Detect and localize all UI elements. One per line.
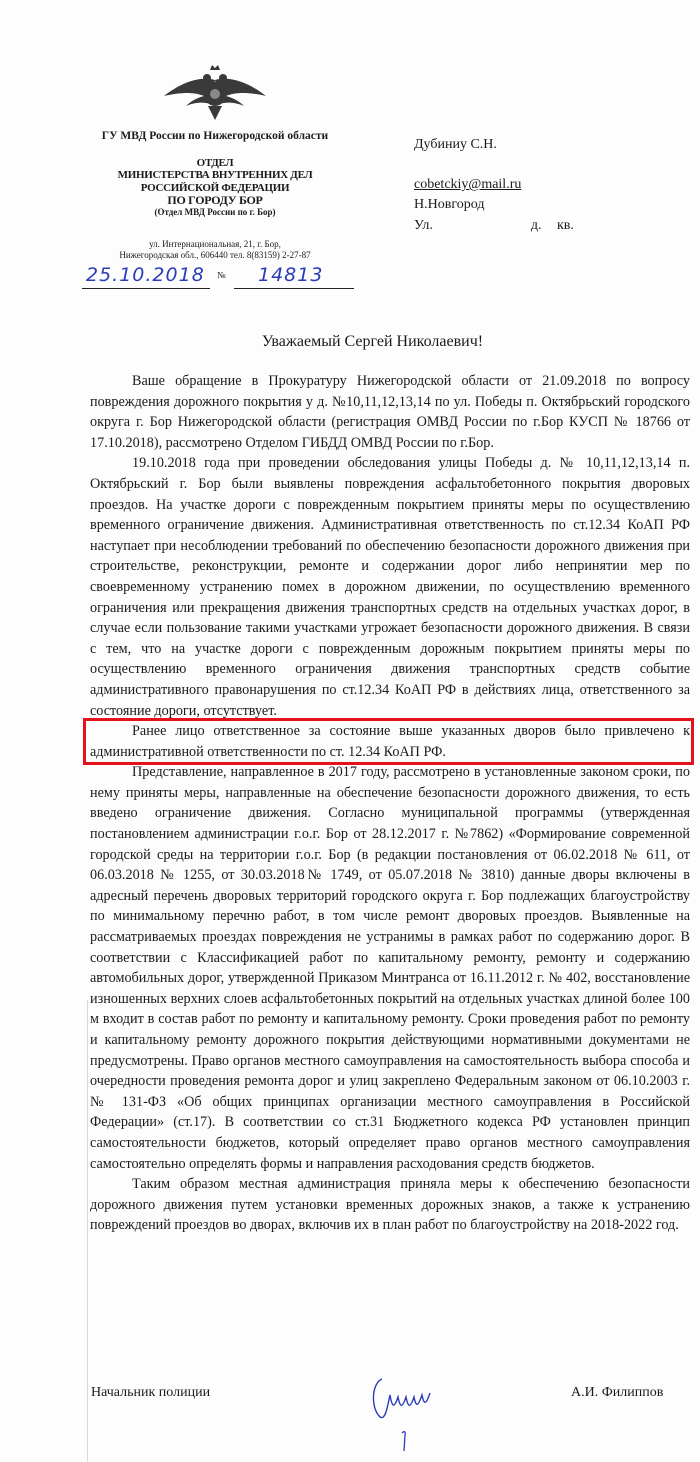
letter-body: Ваше обращение в Прокуратуру Нижегородск… [90, 371, 690, 1236]
recipient-city: Н.Новгород [414, 195, 574, 215]
department-line: ОТДЕЛ [70, 157, 360, 169]
registration-row: 25.10.2018 № 14813 [80, 262, 360, 292]
address-line: Нижегородская обл., 606440 тел. 8(83159)… [70, 250, 360, 261]
registration-number-label: № [217, 270, 226, 280]
recipient-block: Дубиниу С.Н. cobetckiy@mail.ru Н.Новгоро… [414, 135, 574, 236]
organization-name: ГУ МВД России по Нижегородской области [70, 130, 360, 142]
street-label: Ул. [414, 216, 433, 236]
recipient-name: Дубиниу С.Н. [414, 135, 574, 155]
signer-name: А.И. Филиппов [571, 1385, 663, 1401]
department-address: ул. Интернациональная, 21, г. Бор, Нижег… [70, 239, 360, 260]
house-label: д. [531, 216, 542, 236]
department-line: ПО ГОРОДУ БОР [70, 194, 360, 206]
body-paragraph: Таким образом местная администрация прин… [90, 1174, 690, 1236]
address-line: ул. Интернациональная, 21, г. Бор, [70, 239, 360, 250]
recipient-email[interactable]: cobetckiy@mail.ru [414, 175, 574, 195]
salutation: Уважаемый Сергей Николаевич! [0, 333, 700, 351]
department-line: МИНИСТЕРСТВА ВНУТРЕННИХ ДЕЛ [70, 169, 360, 181]
highlighted-paragraph: Ранее лицо ответственное за состояние вы… [90, 721, 690, 762]
handwritten-signature-icon [368, 1373, 438, 1453]
registration-date: 25.10.2018 [82, 262, 210, 289]
department-block: ОТДЕЛ МИНИСТЕРСТВА ВНУТРЕННИХ ДЕЛ РОССИЙ… [70, 157, 360, 218]
signer-title: Начальник полиции [91, 1385, 210, 1401]
recipient-street-row: Ул. д. кв. [414, 215, 574, 236]
department-short-name: (Отдел МВД России по г. Бор) [70, 206, 360, 218]
body-paragraph: 19.10.2018 года при проведении обследова… [90, 453, 690, 721]
redacted-street [436, 215, 521, 229]
letter-page: ГУ МВД России по Нижегородской области О… [0, 0, 700, 1462]
body-paragraph: Представление, направленное в 2017 году,… [90, 762, 690, 1174]
registration-number: 14813 [234, 262, 354, 289]
apt-label: кв. [557, 216, 574, 236]
body-paragraph: Ваше обращение в Прокуратуру Нижегородск… [90, 371, 690, 453]
eagle-emblem-icon [160, 62, 270, 122]
scan-fold-line [87, 1000, 88, 1462]
